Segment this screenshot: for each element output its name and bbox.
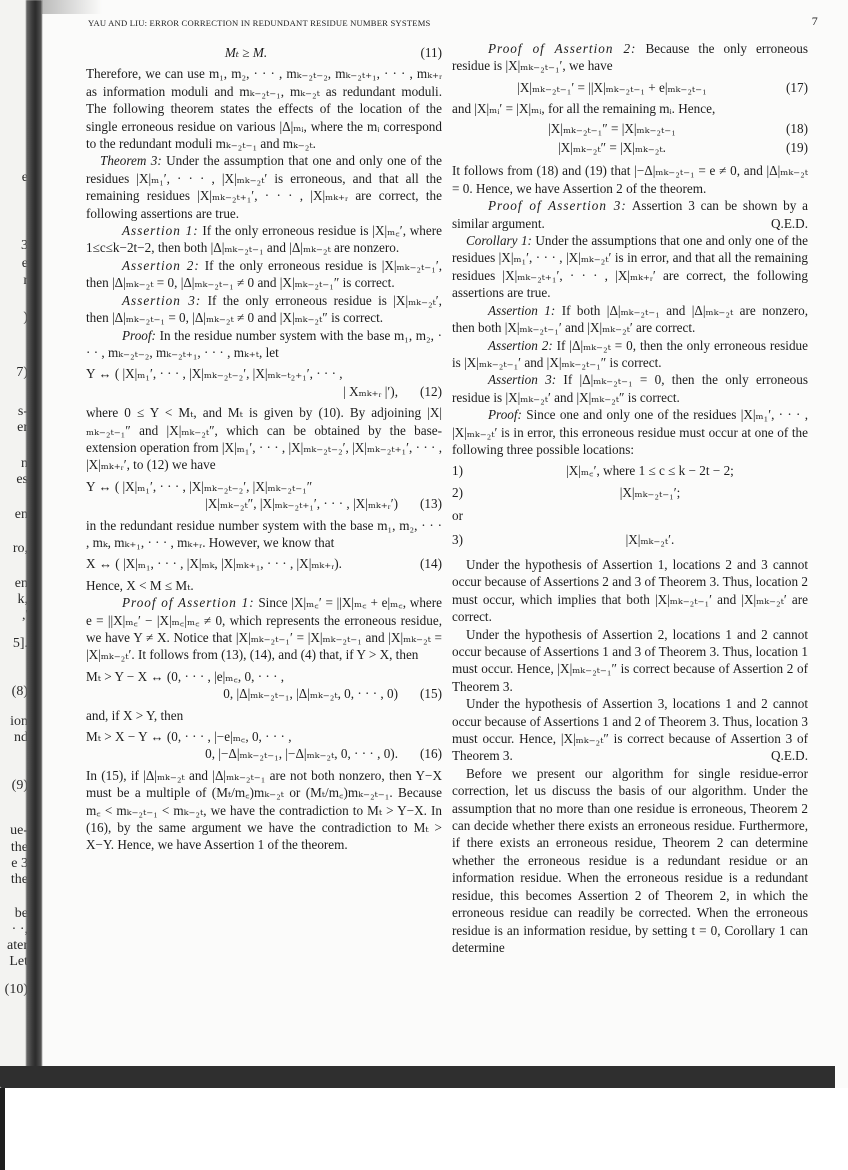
location-item-3: 3) |X|ₘₖ₋₂ₜ′.	[452, 531, 808, 548]
paragraph: where 0 ≤ Y < Mₜ, and Mₜ is given by (10…	[86, 404, 442, 474]
location-item-1: 1) |X|ₘ꜀′, where 1 ≤ c ≤ k − 2t − 2;	[452, 462, 808, 479]
paragraph: In (15), if |Δ|ₘₖ₋₂ₜ and |Δ|ₘₖ₋₂ₜ₋₁ are …	[86, 767, 442, 854]
page-header: YAU AND LIU: ERROR CORRECTION IN REDUNDA…	[88, 14, 818, 30]
paragraph: Under the hypothesis of Assertion 3, loc…	[452, 695, 808, 765]
book-binding-shadow	[26, 0, 42, 1080]
equation-14: X ↔ ( |X|ₘ₁, · · · , |X|ₘₖ, |X|ₘₖ₊₁, · ·…	[86, 555, 442, 572]
scan-background	[5, 1088, 848, 1170]
proof-of-assertion-2: Proof of Assertion 2: Because the only e…	[452, 40, 808, 75]
running-title: YAU AND LIU: ERROR CORRECTION IN REDUNDA…	[88, 18, 431, 28]
equation-17: |X|ₘₖ₋₂ₜ₋₁′ = ||X|ₘₖ₋₂ₜ₋₁ + e|ₘₖ₋₂ₜ₋₁ (1…	[452, 79, 808, 96]
equation-13: Y ↔ ( |X|ₘ₁′, · · · , |X|ₘₖ₋₂ₜ₋₂′, |X|ₘₖ…	[86, 478, 442, 513]
proof-of-assertion-3: Proof of Assertion 3: Assertion 3 can be…	[452, 197, 808, 232]
paragraph: Hence, X < M ≤ Mₜ.	[86, 577, 442, 594]
right-column: Proof of Assertion 2: Because the only e…	[452, 40, 808, 956]
equation-15: Mₜ > Y − X ↔ (0, · · · , |e|ₘ꜀, 0, · · ·…	[86, 668, 442, 703]
equation-11: Mₜ ≥ M. (11)	[86, 44, 442, 61]
corollary-1: Corollary 1: Under the assumptions that …	[452, 232, 808, 302]
paragraph: Therefore, we can use m₁, m₂, · · · , mₖ…	[86, 65, 442, 152]
page-number: 7	[812, 14, 818, 29]
scan-corner-shadow	[0, 1088, 5, 1170]
equation-19: |X|ₘₖ₋₂ₜ″ = |X|ₘₖ₋₂ₜ. (19)	[452, 139, 808, 156]
paragraph: and |X|ₘᵢ′ = |X|ₘᵢ, for all the remainin…	[452, 100, 808, 117]
paragraph: It follows from (18) and (19) that |−Δ|ₘ…	[452, 162, 808, 197]
binding-top-shade	[42, 0, 102, 14]
or-label: or	[452, 507, 808, 524]
assertion-3: Assertion 3: If the only erroneous resid…	[86, 292, 442, 327]
qed-mark: Q.E.D.	[757, 747, 808, 764]
corollary-assertion-1: Assertion 1: If both |Δ|ₘₖ₋₂ₜ₋₁ and |Δ|ₘ…	[452, 302, 808, 337]
paragraph: in the redundant residue number system w…	[86, 517, 442, 552]
equation-12: Y ↔ ( |X|ₘ₁′, · · · , |X|ₘₖ₋₂ₜ₋₂′, |X|ₘₖ…	[86, 365, 442, 400]
equation-16: Mₜ > X − Y ↔ (0, · · · , |−e|ₘ꜀, 0, · · …	[86, 728, 442, 763]
equation-18: |X|ₘₖ₋₂ₜ₋₁″ = |X|ₘₖ₋₂ₜ₋₁ (18)	[452, 120, 808, 137]
prev-page-fragment: (10)	[5, 982, 28, 998]
scan-bottom-shadow	[0, 1066, 835, 1088]
paragraph: Under the hypothesis of Assertion 1, loc…	[452, 556, 808, 626]
proof-of-assertion-1: Proof of Assertion 1: Since |X|ₘ꜀′ = ||X…	[86, 594, 442, 664]
location-item-2: 2) |X|ₘₖ₋₂ₜ₋₁′;	[452, 484, 808, 501]
left-column: Mₜ ≥ M. (11) Therefore, we can use m₁, m…	[86, 40, 442, 854]
paragraph: Before we present our algorithm for sing…	[452, 765, 808, 956]
corollary-assertion-3: Assertion 3: If |Δ|ₘₖ₋₂ₜ₋₁ = 0, then the…	[452, 371, 808, 406]
prev-page-fragment: ater	[7, 938, 28, 954]
theorem-3: Theorem 3: Under the assumption that one…	[86, 152, 442, 222]
proof: Proof: In the residue number system with…	[86, 327, 442, 362]
corollary-assertion-2: Assertion 2: If |Δ|ₘₖ₋₂ₜ = 0, then the o…	[452, 337, 808, 372]
paragraph: and, if X > Y, then	[86, 707, 442, 724]
qed-mark: Q.E.D.	[735, 215, 808, 232]
assertion-1: Assertion 1: If the only erroneous resid…	[86, 222, 442, 257]
paragraph: Under the hypothesis of Assertion 2, loc…	[452, 626, 808, 696]
corollary-proof: Proof: Since one and only one of the res…	[452, 406, 808, 458]
assertion-2: Assertion 2: If the only erroneous resid…	[86, 257, 442, 292]
